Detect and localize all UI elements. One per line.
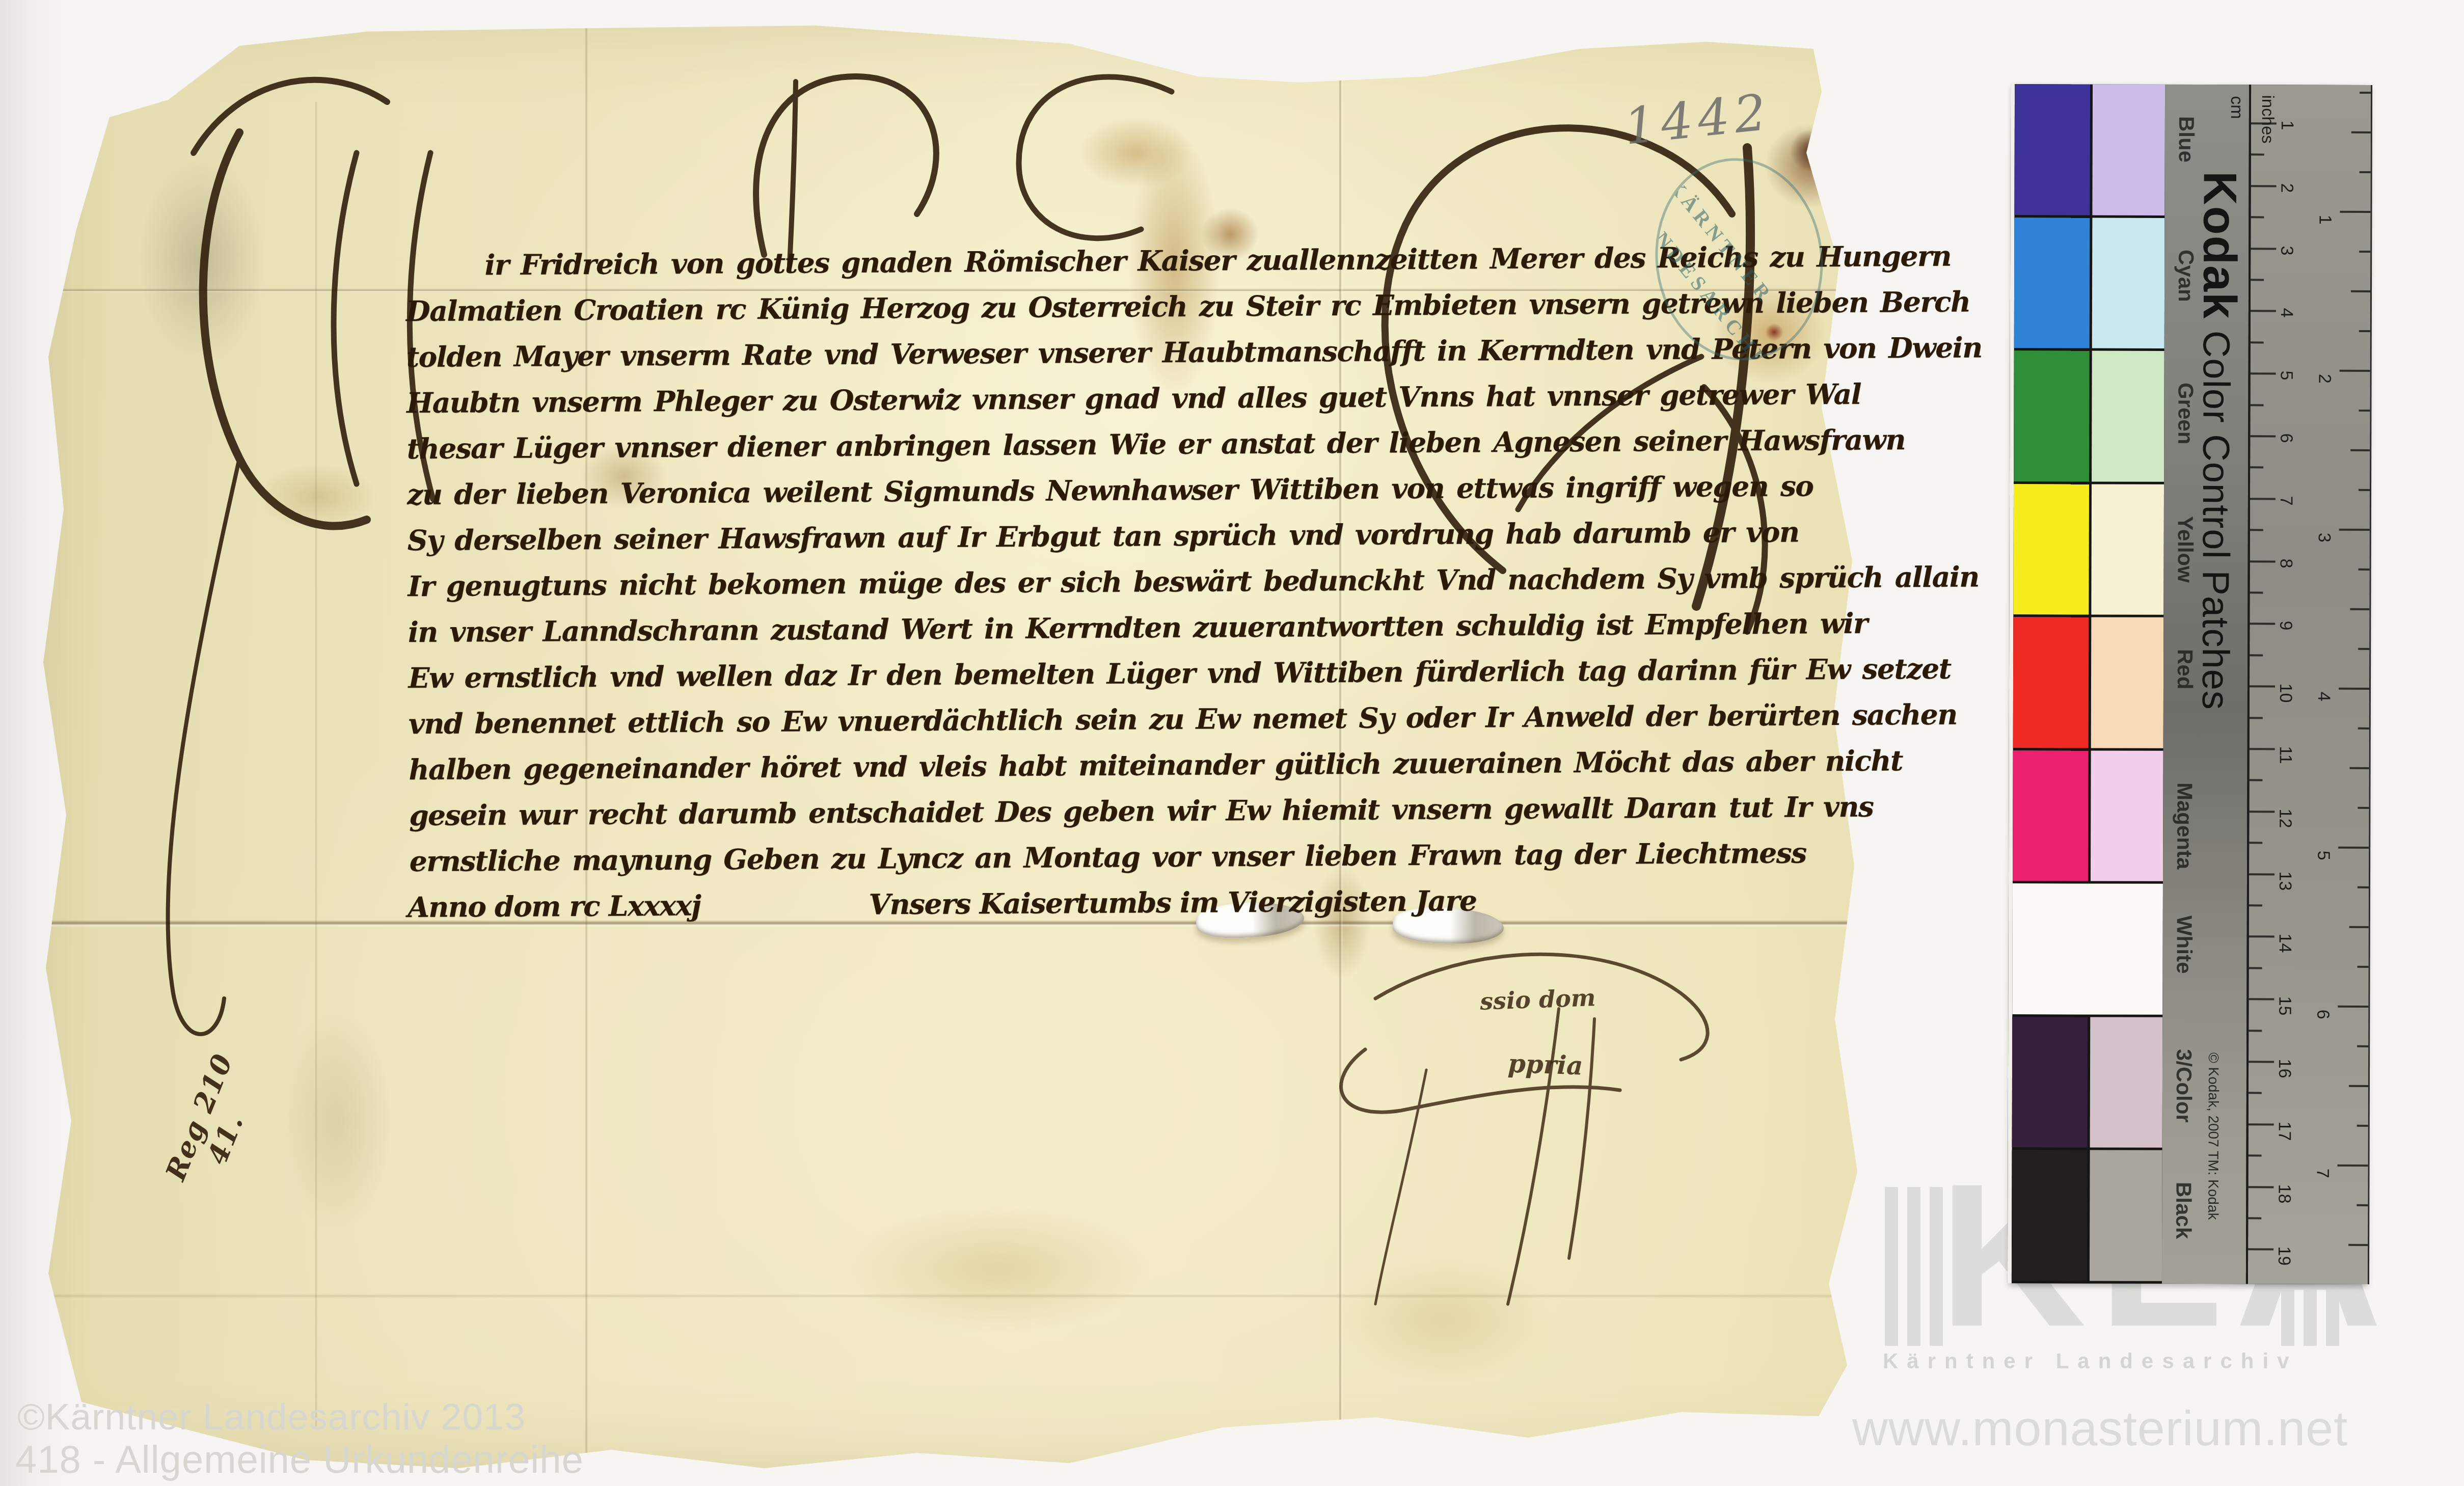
scanned-charter-image: KLA: [0, 0, 2464, 1486]
kodak-title-text: Color Control Patches: [2195, 319, 2238, 710]
inch-sub-tick: [2360, 171, 2371, 173]
caption-copyright: ©Kärntner Landesarchiv 2013: [17, 1396, 526, 1438]
cm-tick: [2251, 122, 2277, 124]
inch-sub-tick: [2351, 290, 2370, 292]
patch-saturated: [2012, 1150, 2088, 1281]
color-patch-rows: [2012, 84, 2165, 1284]
inch-sub-tick: [2350, 767, 2369, 769]
cm-number: 18: [2274, 1184, 2294, 1203]
cm-half-tick: [2251, 279, 2264, 281]
cm-half-tick: [2251, 154, 2264, 156]
watermark-subtitle: Kärntner Landesarchiv: [1883, 1349, 2298, 1373]
inch-sub-tick: [2358, 648, 2369, 650]
patch-label-black: Black: [2171, 1182, 2196, 1239]
patch-saturated: [2014, 218, 2090, 348]
manuscript-line: ernstliche maynung Geben zu Lyncz an Mon…: [409, 830, 1754, 884]
manuscript-line: Ir genugtuns nicht bekomen müge des er s…: [408, 555, 1753, 609]
chancery-note-line2: ppria: [1507, 1048, 1584, 1080]
cm-tick: [2251, 373, 2276, 375]
stain: [239, 453, 397, 540]
inch-sub-tick: [2359, 330, 2370, 332]
dating-left: Anno dom rc Lxxxxj: [408, 883, 701, 931]
cm-tick: [2249, 998, 2274, 1001]
manuscript-line: zu der lieben Veronica weilent Sigmunds …: [407, 464, 1752, 518]
cm-tick: [2249, 1123, 2274, 1125]
cm-tick: [2251, 248, 2276, 250]
patch-saturated: [2012, 1017, 2088, 1148]
cm-half-tick: [2250, 467, 2263, 469]
cm-number: 13: [2275, 871, 2295, 890]
cm-number: 9: [2276, 621, 2295, 631]
manuscript-line: Ew ernstlich vnd wellen daz Ir den bemel…: [408, 647, 1753, 701]
patch-saturated: [2013, 617, 2089, 748]
inch-sub-tick: [2349, 1085, 2368, 1087]
ruler-cm-label: cm: [2227, 96, 2246, 119]
cm-half-tick: [2248, 1217, 2261, 1219]
caption-fonds: 418 - Allgemeine Urkundenreihe: [15, 1438, 584, 1482]
cm-half-tick: [2249, 842, 2262, 844]
cm-tick: [2249, 873, 2275, 875]
cm-half-tick: [2250, 654, 2263, 656]
inch-sub-tick: [2351, 131, 2371, 133]
inch-sub-tick: [2358, 727, 2369, 730]
inch-number: 7: [2312, 1169, 2332, 1178]
patch-label-magenta: Magenta: [2172, 782, 2197, 869]
patch-pale: [2090, 1150, 2162, 1281]
dating-right: Vnsers Kaisertumbs im Vierzigisten Jare: [869, 878, 1477, 927]
inch-sub-tick: [2359, 489, 2370, 491]
cm-tick: [2248, 1249, 2273, 1251]
kodak-copyright-text: © Kodak, 2007 TM: Kodak: [2205, 1052, 2222, 1220]
inch-sub-tick: [2357, 1204, 2368, 1206]
patch-label-white: White: [2172, 915, 2197, 974]
cm-tick: [2250, 560, 2276, 562]
inch-number: 6: [2313, 1010, 2333, 1019]
watermark-bars-left: [1885, 1187, 1943, 1346]
cm-number: 16: [2275, 1059, 2294, 1078]
inch-number: 2: [2315, 374, 2335, 384]
stain: [1054, 102, 1217, 204]
cm-number: 19: [2274, 1247, 2294, 1266]
inch-tick: [2340, 370, 2370, 372]
color-patch-row-yellow: [2013, 484, 2164, 615]
inch-number: 1: [2315, 215, 2335, 225]
color-patch-row-red: [2013, 617, 2164, 748]
cm-half-tick: [2250, 717, 2263, 719]
cm-number: 14: [2275, 934, 2295, 953]
patch-pale: [2092, 85, 2165, 215]
chancery-note-line1: ssio dom: [1479, 984, 1596, 1015]
cm-tick: [2249, 936, 2275, 938]
color-patch-row-blue: [2014, 84, 2165, 215]
patch-label-yellow: Yellow: [2173, 516, 2198, 583]
cm-number: 11: [2276, 746, 2295, 764]
cm-number: 7: [2276, 496, 2296, 505]
manuscript-line: tolden Mayer vnserm Rate vnd Verweser vn…: [406, 326, 1751, 380]
inch-tick: [2339, 529, 2370, 531]
patch-pale: [2090, 1017, 2163, 1148]
patch-label-cyan: Cyan: [2174, 249, 2198, 302]
manuscript-text-block: ir Fridreich von gottes gnaden Römischer…: [405, 234, 1754, 884]
cm-tick: [2250, 748, 2275, 750]
manuscript-dating-line: Anno dom rc Lxxxxj Vnsers Kaisertumbs im…: [408, 876, 1753, 930]
cm-tick: [2250, 435, 2276, 437]
cm-number: 10: [2276, 684, 2295, 703]
cm-number: 8: [2276, 558, 2296, 568]
inch-sub-tick: [2359, 410, 2370, 412]
stain: [805, 1187, 1192, 1350]
inch-tick: [2338, 1006, 2368, 1008]
kodak-brand-text: Kodak Color Control Patches: [2191, 171, 2246, 710]
inch-sub-tick: [2360, 92, 2371, 94]
patch-pale: [2092, 218, 2165, 348]
cm-number: 1: [2277, 120, 2297, 130]
inch-number: 4: [2314, 692, 2334, 701]
cm-tick: [2250, 686, 2275, 688]
patch-label-red: Red: [2173, 649, 2197, 689]
kodak-color-control-strip: Kodak Color Control Patches © Kodak, 200…: [2008, 84, 2369, 1284]
manuscript-line: Dalmatien Croatien rc Künig Herzog zu Os…: [406, 280, 1751, 334]
cm-half-tick: [2249, 1092, 2262, 1094]
stamp-text-line1: KÄRNTNER: [1663, 174, 1778, 308]
cm-number: 6: [2276, 433, 2296, 443]
patch-saturated: [2013, 484, 2089, 615]
patch-pale: [2091, 617, 2164, 748]
manuscript-line: gesein wur recht darumb entschaidet Des …: [409, 785, 1754, 839]
manuscript-line: thesar Lüger vnnser diener anbringen las…: [407, 418, 1752, 472]
color-patch-row-black: [2012, 1150, 2162, 1281]
color-patch-row-green: [2014, 350, 2164, 481]
inch-sub-tick: [2359, 569, 2370, 571]
manuscript-line: Haubtn vnserm Phleger zu Osterwiz vnnser…: [407, 372, 1752, 426]
patch-label-blue: Blue: [2174, 116, 2199, 163]
stain: [1304, 1238, 1579, 1401]
cm-tick: [2251, 310, 2276, 312]
patch-label-3color: 3/Color: [2172, 1049, 2196, 1123]
fold-crease-horizontal: [0, 1294, 1859, 1298]
patch-saturated: [2014, 350, 2090, 481]
cm-tick: [2248, 1186, 2273, 1188]
manuscript-line: Sy derselben seiner Hawsfrawn auf Ir Erb…: [407, 509, 1752, 563]
cm-number: 15: [2275, 996, 2294, 1016]
inch-tick: [2338, 1165, 2368, 1167]
manuscript-line: halben gegeneinander höret vnd vleis hab…: [409, 739, 1754, 793]
inch-tick: [2340, 211, 2370, 213]
color-patch-row-white: [2012, 883, 2163, 1014]
ruler-inches-label: inches: [2258, 95, 2278, 143]
cm-tick: [2249, 810, 2275, 813]
patch-white: [2012, 883, 2163, 1014]
cm-number: 2: [2277, 183, 2297, 193]
cm-tick: [2250, 623, 2275, 625]
inch-sub-tick: [2357, 1045, 2368, 1047]
kodak-ruler: inches 123456789101112131415161718191234…: [2246, 85, 2372, 1284]
patch-pale: [2091, 750, 2163, 881]
cm-half-tick: [2250, 404, 2263, 406]
stain: [1783, 122, 1839, 178]
cm-number: 4: [2277, 308, 2296, 318]
fold-crease-vertical: [315, 102, 317, 1426]
cm-half-tick: [2249, 967, 2262, 969]
patch-label-green: Green: [2173, 383, 2198, 445]
inch-sub-tick: [2358, 807, 2369, 809]
cm-tick: [2249, 1061, 2274, 1063]
kodak-gray-bar: Kodak Color Control Patches © Kodak, 200…: [2162, 85, 2249, 1284]
patch-saturated: [2013, 750, 2089, 881]
manuscript-line: vnd benennet ettlich so Ew vnuerdächtlic…: [409, 693, 1754, 747]
kodak-logo-text: Kodak: [2194, 171, 2246, 319]
inch-number: 3: [2314, 533, 2334, 543]
inch-sub-tick: [2350, 449, 2370, 451]
cm-number: 17: [2275, 1121, 2294, 1141]
cm-half-tick: [2249, 904, 2262, 906]
patch-saturated: [2014, 84, 2090, 215]
manuscript-line: ir Fridreich von gottes gnaden Römischer…: [405, 234, 1751, 288]
inch-sub-tick: [2349, 926, 2369, 928]
cm-number: 12: [2275, 808, 2295, 828]
inch-sub-tick: [2357, 1125, 2368, 1127]
manuscript-line: in vnser Lanndschrann zustand Wert in Ke…: [408, 601, 1753, 655]
cm-half-tick: [2250, 529, 2263, 531]
inch-sub-tick: [2350, 608, 2369, 610]
cm-half-tick: [2251, 217, 2264, 219]
cm-number: 5: [2277, 371, 2296, 381]
cm-half-tick: [2249, 1030, 2262, 1032]
inch-sub-tick: [2359, 251, 2370, 253]
cm-tick: [2251, 185, 2277, 187]
color-patch-row-3color: [2012, 1017, 2163, 1148]
cm-half-tick: [2250, 591, 2263, 593]
cm-number: 3: [2277, 246, 2296, 255]
inch-tick: [2338, 847, 2369, 849]
patch-pale: [2091, 484, 2164, 615]
inch-sub-tick: [2348, 1244, 2368, 1246]
stain: [265, 978, 408, 1263]
stain: [117, 122, 285, 397]
patch-pale: [2092, 351, 2164, 482]
inch-tick: [2339, 688, 2369, 690]
inch-number: 5: [2313, 851, 2333, 860]
inch-sub-tick: [2358, 966, 2369, 968]
inch-sub-tick: [2358, 886, 2369, 888]
cm-half-tick: [2249, 1154, 2262, 1156]
cm-half-tick: [2251, 341, 2264, 343]
color-patch-row-cyan: [2014, 218, 2165, 348]
cm-tick: [2250, 498, 2276, 500]
watermark-url: www.monasterium.net: [1852, 1400, 2348, 1457]
cm-half-tick: [2250, 779, 2263, 781]
color-patch-row-magenta: [2013, 750, 2163, 881]
